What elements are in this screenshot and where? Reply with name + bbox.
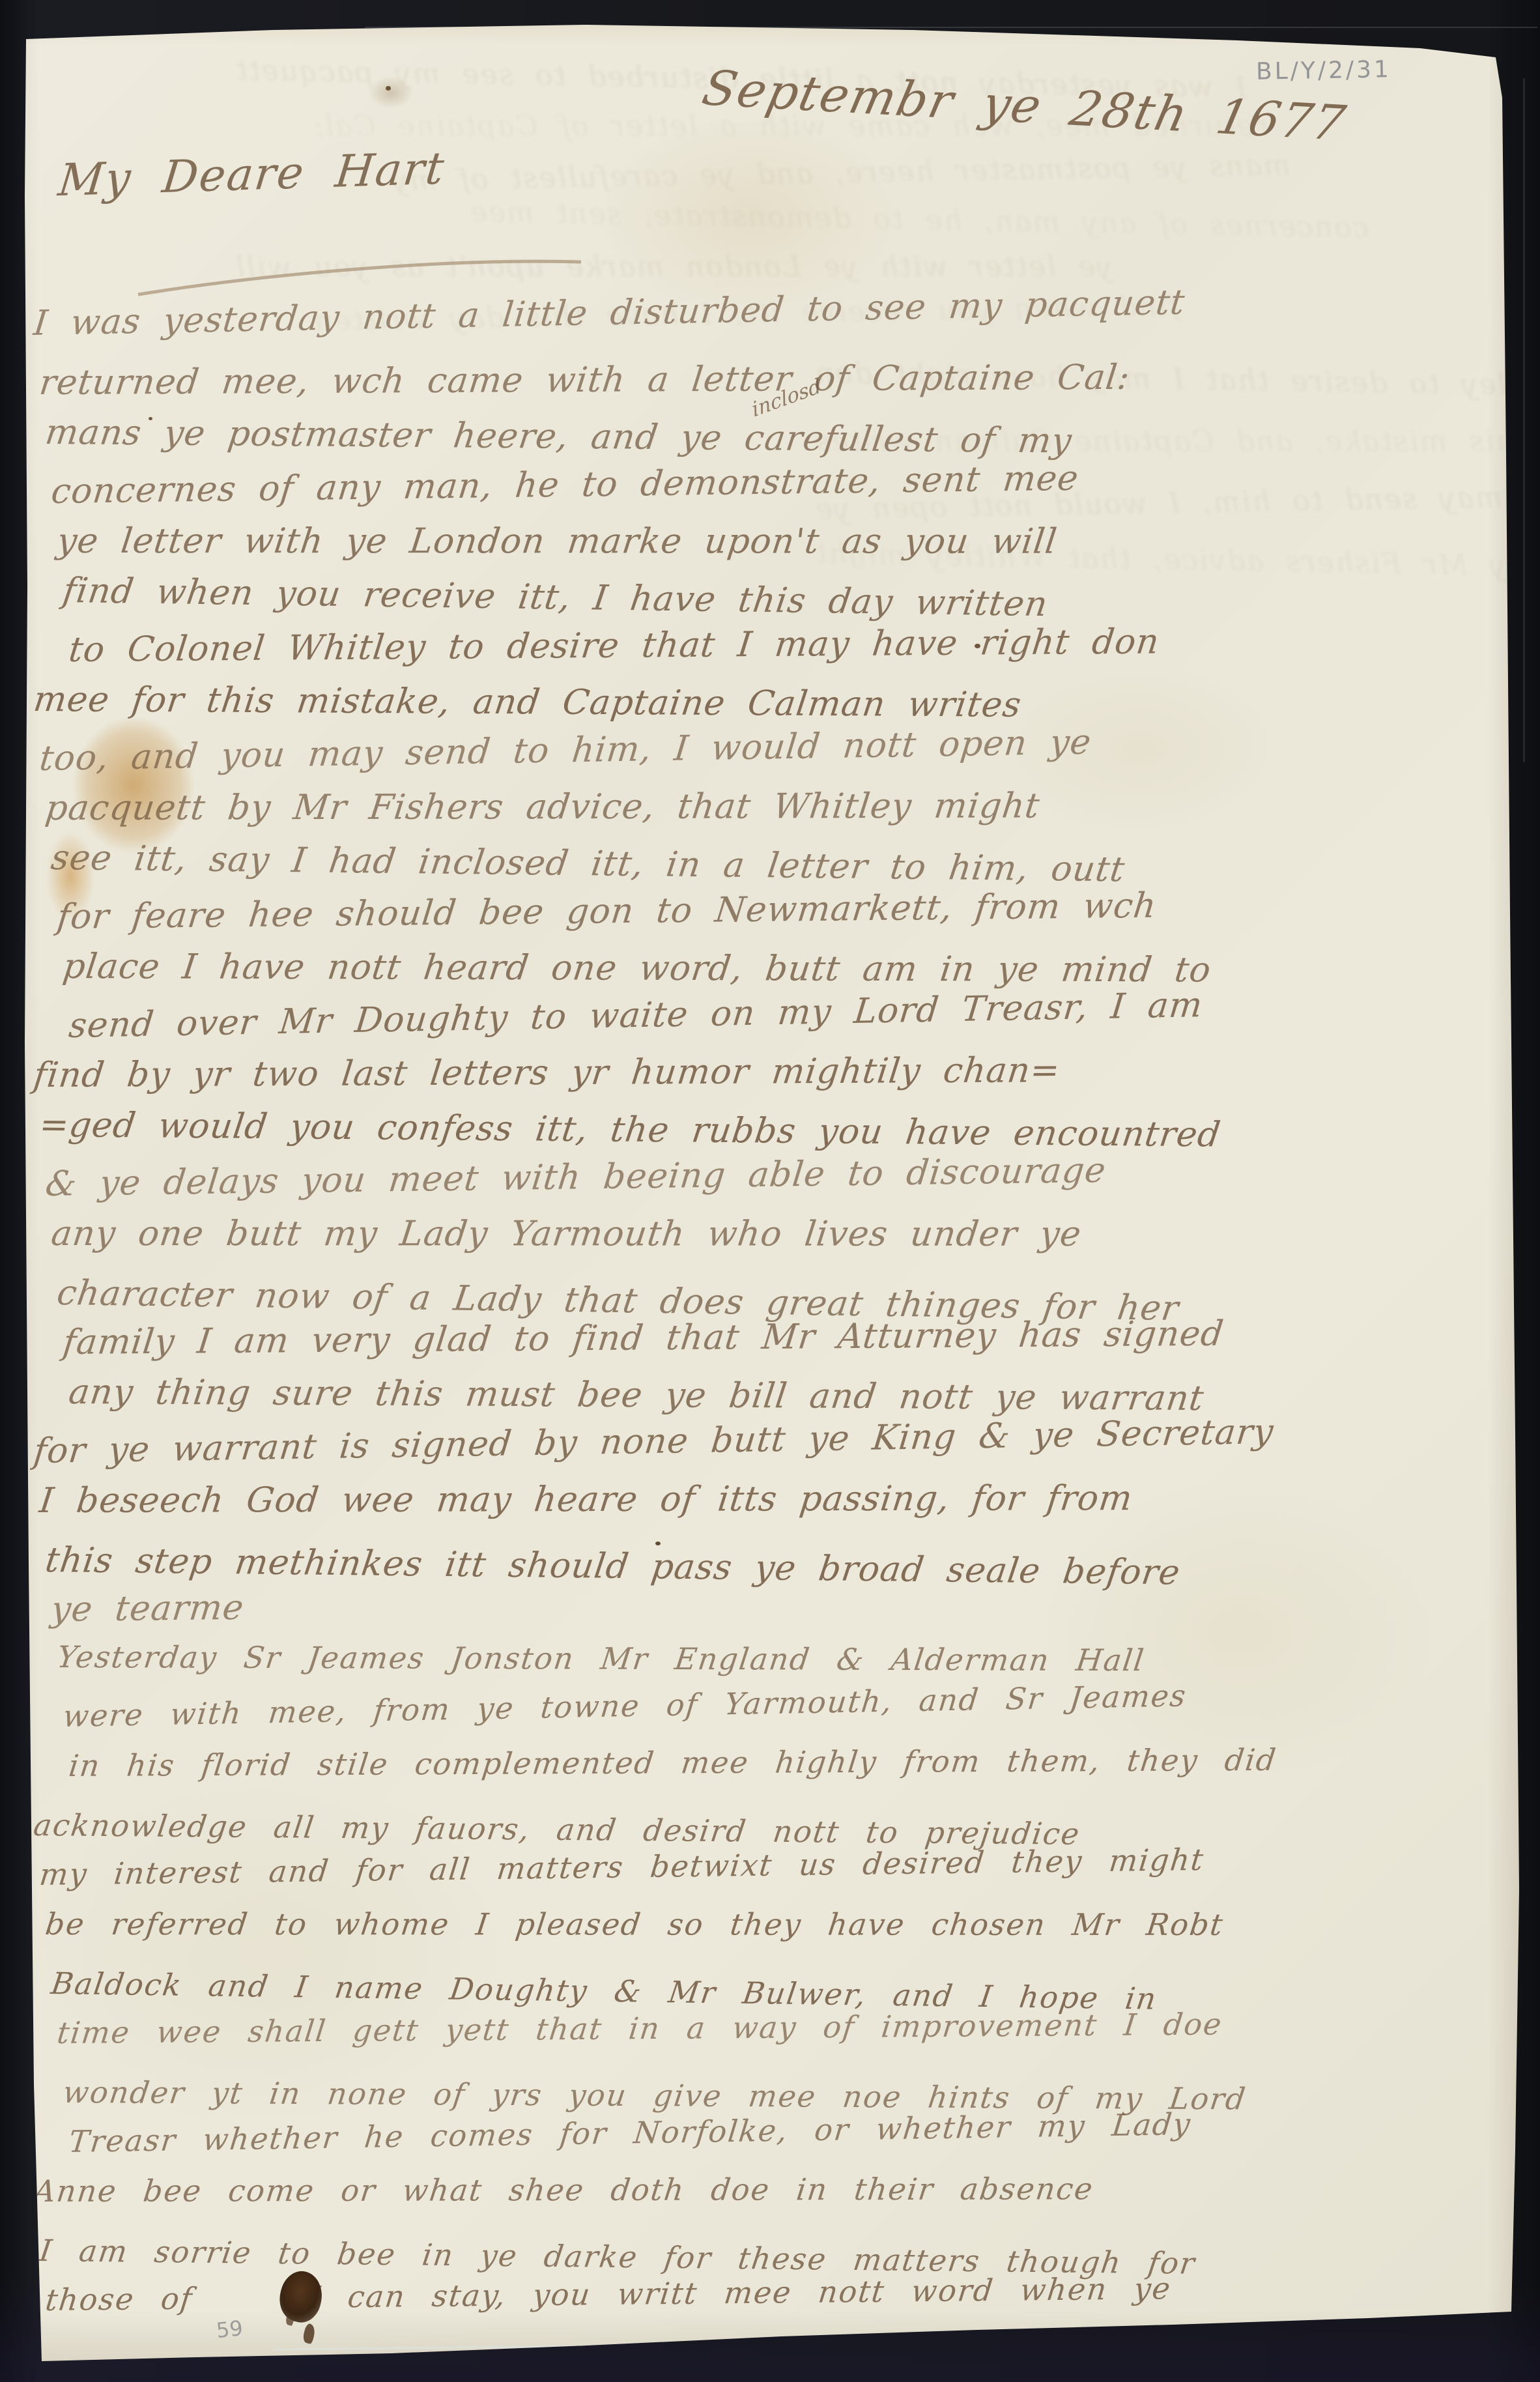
- ink-showthrough-line: mans ye postmaster heere, and ye careful…: [391, 149, 1291, 197]
- letter-line: ye tearme: [50, 1588, 246, 1629]
- ink-speck: [386, 86, 391, 91]
- letter-line: send over Mr Doughty to waite on my Lord…: [67, 985, 1205, 1046]
- letter-line: mans ye postmaster heere, and ye careful…: [43, 412, 1074, 461]
- letter-line: Anne bee come or what shee doth doe in t…: [32, 2171, 1096, 2209]
- letter-line: my interest and for all matters betwixt …: [38, 1842, 1206, 1892]
- letter-line: Treasr whether he comes for Norfolke, or…: [67, 2106, 1193, 2159]
- letter-line: for feare hee should bee gon to Newmarke…: [55, 886, 1159, 937]
- salutation-flourish: [135, 253, 585, 300]
- letter-line: to Colonel Whitley to desire that I may …: [66, 622, 1162, 670]
- letter-line: I beseech God wee may heare of itts pass…: [37, 1478, 1135, 1521]
- scan-surface: { "document": { "dateline": "Septembr ye…: [0, 0, 1540, 2382]
- letter-line: find by yr two last letters yr humor mig…: [31, 1050, 1062, 1095]
- letter-line: any thing sure this must bee ye bill and…: [66, 1372, 1206, 1418]
- letter-line: =ged would you confess itt, the rubbs yo…: [37, 1105, 1223, 1155]
- ink-speck: [149, 417, 152, 420]
- ink-speck: [975, 644, 980, 648]
- salutation: My Deare Hart: [56, 143, 448, 207]
- letter-line: were with mee, from ye towne of Yarmouth…: [61, 1678, 1188, 1734]
- letter-line: & ye delays you meet with beeing able to…: [44, 1151, 1108, 1204]
- ink-speck: [655, 1542, 661, 1545]
- paper-edge-fringe: [274, 2340, 1088, 2350]
- ink-showthrough-line: concernes of any man, he to demonstrate,…: [469, 195, 1369, 244]
- letter-line: see itt, say I had inclosed itt, in a le…: [49, 838, 1128, 889]
- letter-line: family I am very glad to find that Mr At…: [61, 1314, 1225, 1362]
- letter-line: those of I can stay, you writt mee nott …: [44, 2271, 1173, 2317]
- letter-line: too, and you may send to him, I would no…: [38, 723, 1094, 779]
- letter-page: Septembr ye 28th 1677 BL/Y/2/31 My Deare…: [0, 0, 1540, 2382]
- folio-number: 59: [215, 2316, 244, 2343]
- letter-line: Yesterday Sr Jeames Jonston Mr England &…: [55, 1639, 1147, 1678]
- scan-crease: [1523, 78, 1525, 762]
- letter-line: returned mee, wch came with a letter of …: [37, 358, 1132, 403]
- letter-line: find when you receive itt, I have this d…: [61, 571, 1051, 624]
- ink-blot: [275, 2267, 328, 2326]
- letter-line: this step methinkes itt should pass ye b…: [43, 1540, 1183, 1592]
- ink-showthrough-line: returned mee, wch came with a letter of …: [313, 109, 1269, 143]
- letter-line: mee for this mistake, and Captaine Calma…: [31, 680, 1024, 725]
- letter-line: pacquett by Mr Fishers advice, that Whit…: [43, 786, 1042, 828]
- archive-reference: BL/Y/2/31: [1256, 56, 1392, 85]
- letter-line: in his florid stile complemented mee hig…: [67, 1742, 1279, 1783]
- letter-line: any one butt my Lady Yarmouth who lives …: [49, 1214, 1083, 1254]
- letter-line: place I have nott heard one word, butt a…: [61, 947, 1214, 990]
- letter-line: for ye warrant is signed by none butt ye…: [32, 1412, 1276, 1471]
- letter-line: be referred to whome I pleased so they h…: [44, 1906, 1226, 1942]
- letter-line: ye letter with ye London marke upon't as…: [55, 521, 1059, 562]
- letter-line: time wee shall gett yett that in a way o…: [55, 2007, 1225, 2050]
